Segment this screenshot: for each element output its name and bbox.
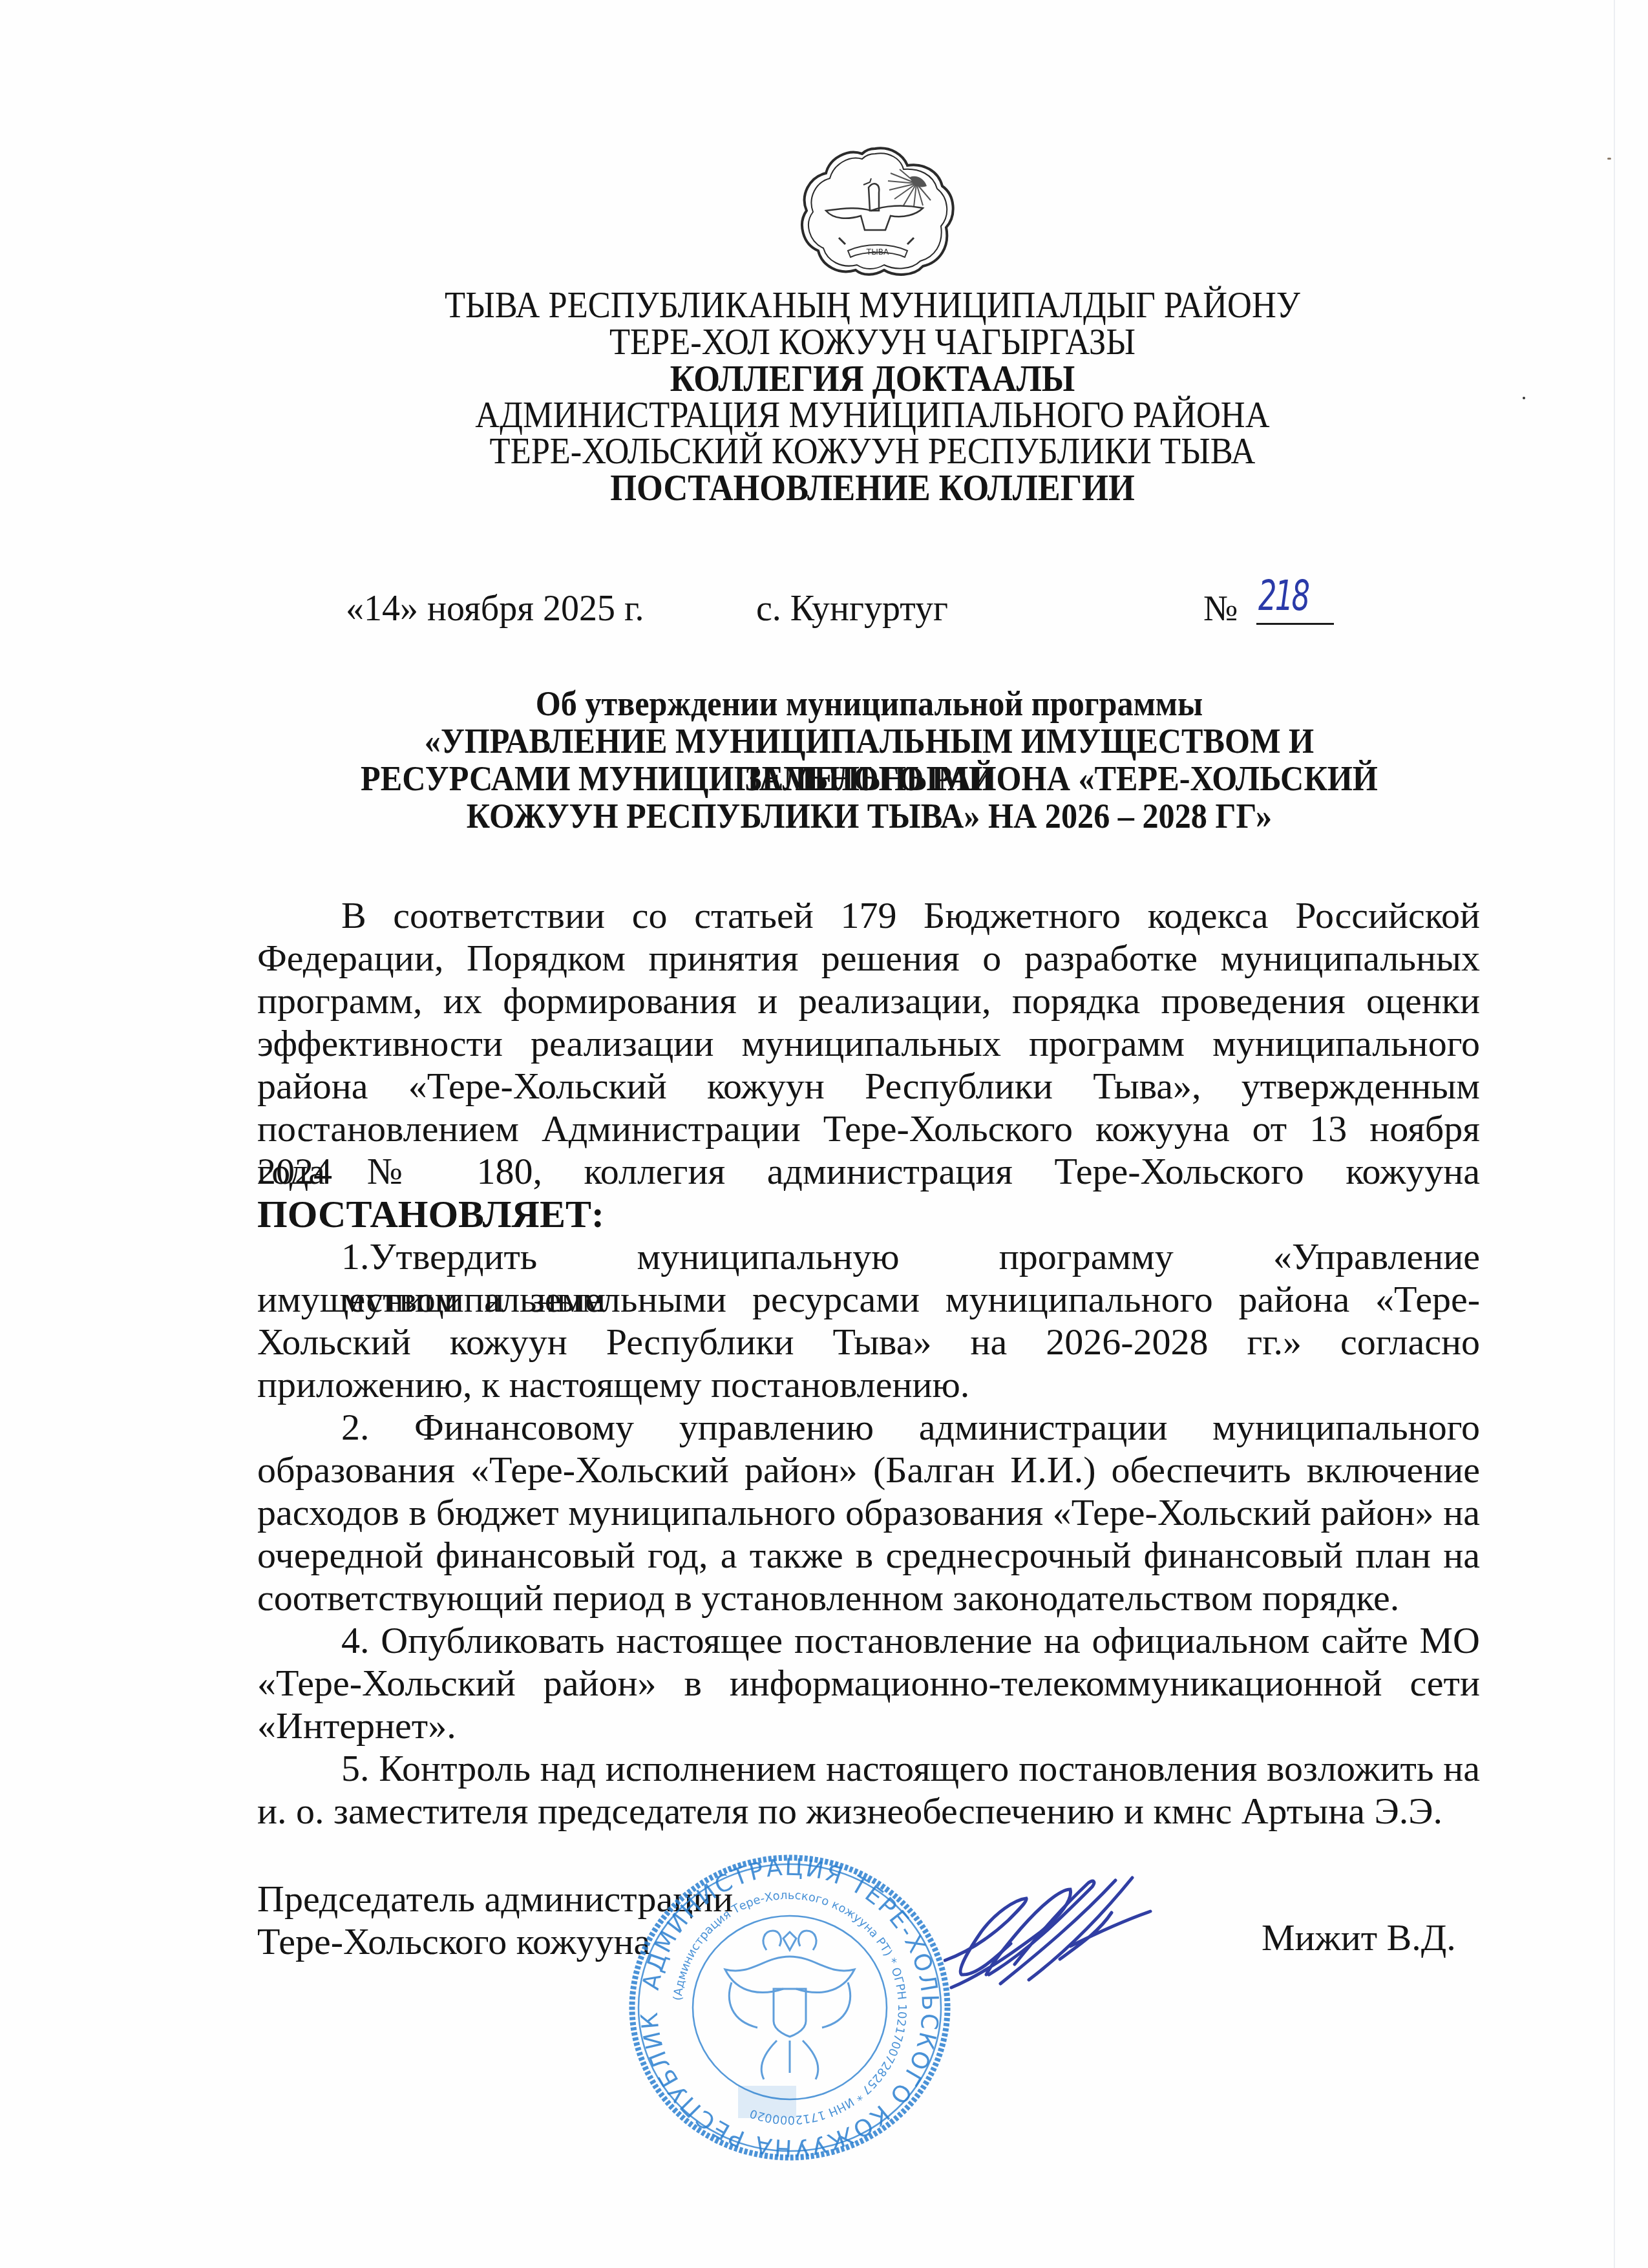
document-date: «14» ноября 2025 г. [346, 589, 644, 628]
preamble-line: района «Тере-Хольский кожуун Республики … [257, 1065, 1480, 1108]
signatory-position-line-2: Тере-Хольского кожууна [257, 1920, 650, 1963]
document-page: ТЫВА ТЫВА РЕСПУБЛИКАНЫҢ МУНИЦИПАЛДЫГ РАЙ… [0, 0, 1648, 2268]
header-line-4: АДМИНИСТРАЦИЯ МУНИЦИПАЛЬНОГО РАЙОНА [308, 397, 1437, 434]
header-line-1: ТЫВА РЕСПУБЛИКАНЫҢ МУНИЦИПАЛДЫГ РАЙОНУ [308, 287, 1437, 324]
preamble-line: эффективности реализации муниципальных п… [257, 1022, 1480, 1065]
title-line-1: Об утверждении муниципальной программы [301, 685, 1437, 722]
handwritten-signature [944, 1861, 1215, 2016]
item-5-line: 5. Контроль над исполнением настоящего п… [341, 1747, 1480, 1790]
header-line-5: ТЕРЕ-ХОЛЬСКИЙ КОЖУУН РЕСПУБЛИКИ ТЫВА [308, 433, 1437, 470]
signatory-name: Мижит В.Д. [1262, 1916, 1456, 1959]
scan-speck [1523, 397, 1525, 399]
item-2-line: расходов в бюджет муниципального образов… [257, 1491, 1480, 1534]
title-line-4: КОЖУУН РЕСПУБЛИКИ ТЫВА» НА 2026 – 2028 Г… [301, 797, 1437, 835]
header-line-3: КОЛЛЕГИЯ ДОКТААЛЫ [308, 361, 1437, 397]
resolves-heading: ПОСТАНОВЛЯЕТ: [257, 1193, 1480, 1235]
item-1-line: имуществом и земельными ресурсами муници… [257, 1278, 1480, 1321]
header-line-6: ПОСТАНОВЛЕНИЕ КОЛЛЕГИИ [308, 470, 1437, 507]
official-stamp: АДМИНИСТРАЦИЯ ТЕРЕ-ХОЛЬСКОГО КОЖУУНА РЕС… [628, 1853, 951, 2162]
tuva-coat-of-arms-icon: ТЫВА [794, 143, 956, 277]
item-4-line: 4. Опубликовать настоящее постановление … [341, 1619, 1480, 1662]
document-place: с. Кунгуртуг [756, 589, 948, 628]
item-4-line: «Интернет». [257, 1705, 1480, 1747]
document-number-underline [1256, 623, 1334, 625]
document-number-label: № [1203, 589, 1238, 628]
item-2-line: соответствующий период в установленном з… [257, 1577, 1480, 1619]
scan-artifact-line [1614, 0, 1615, 2268]
header-line-2: ТЕРЕ-ХОЛ КОЖУУН ЧАГЫРГАЗЫ [308, 324, 1437, 361]
russian-double-headed-eagle-icon [725, 1931, 854, 2079]
document-number-handwritten: 218 [1258, 572, 1308, 620]
item-5-line: и. о. заместителя председателя по жизнео… [257, 1790, 1480, 1832]
item-1-line: Хольский кожуун Республики Тыва» на 2026… [257, 1321, 1480, 1363]
item-2-line: образования «Тере-Хольский район» (Балга… [257, 1449, 1480, 1491]
item-1-line: приложению, к настоящему постановлению. [257, 1363, 1480, 1406]
preamble-line: программ, их формирования и реализации, … [257, 980, 1480, 1022]
item-2-line: очередной финансовый год, а также в сред… [257, 1534, 1480, 1577]
preamble-line: В соответствии со статьей 179 Бюджетного… [341, 894, 1480, 937]
title-line-3: РЕСУРСАМИ МУНИЦИПАЛЬНОГО РАЙОНА «ТЕРЕ-ХО… [301, 760, 1437, 797]
svg-text:ТЫВА: ТЫВА [866, 247, 889, 257]
preamble-line: года № 180, коллегия администрация Тере-… [257, 1150, 1480, 1193]
preamble-line: Федерации, Порядком принятия решения о р… [257, 937, 1480, 980]
item-2-line: 2. Финансовому управлению администрации … [341, 1406, 1480, 1449]
item-4-line: «Тере-Хольский район» в информационно-те… [257, 1662, 1480, 1705]
scan-speck [1607, 158, 1611, 160]
